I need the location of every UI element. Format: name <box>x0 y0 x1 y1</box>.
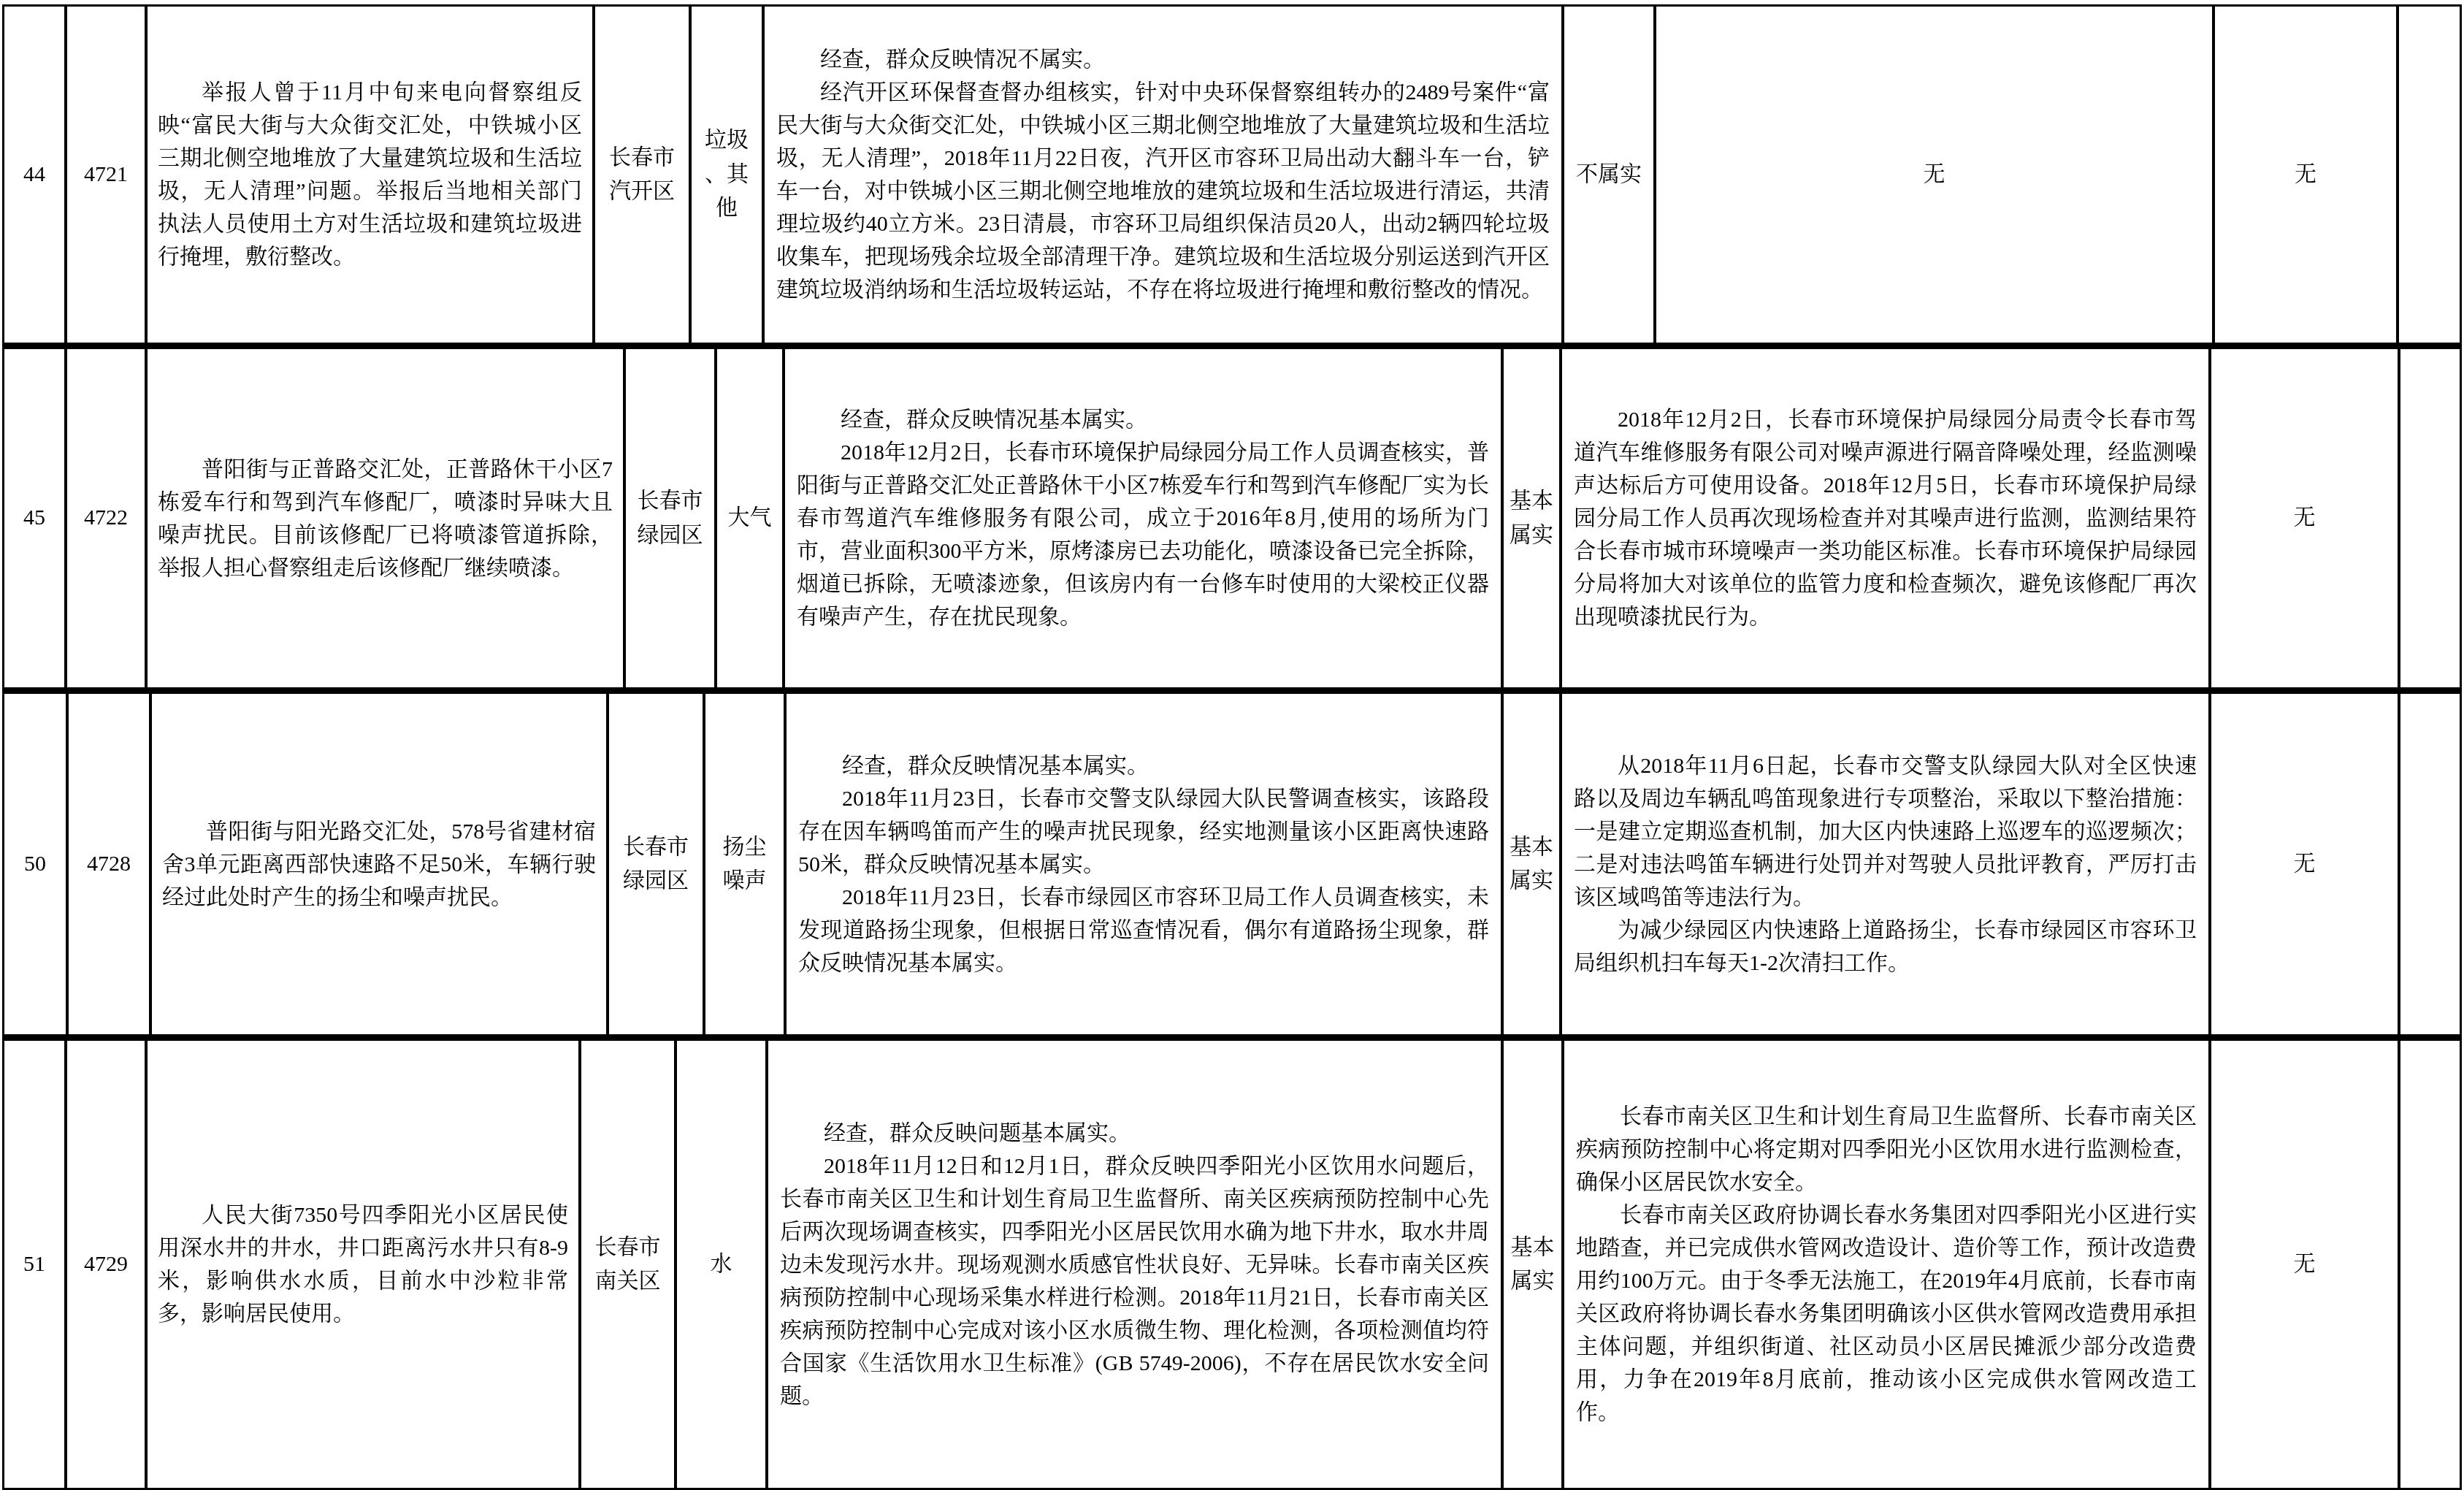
region-label: 长春市 南关区 <box>595 1231 661 1299</box>
complaint-cell: 人民大街7350号四季阳光小区居民使用深水井的井水，井口距离污水井只有8-9米，… <box>145 1041 578 1488</box>
row-separator <box>4 687 2460 694</box>
handling-cell: 长春市南关区卫生和计划生育局卫生监督所、长春市南关区疾病预防控制中心将定期对四季… <box>1561 1041 2208 1488</box>
investigation-cell: 经查，群众反映情况基本属实。 2018年12月2日，长春市环境保护局绿园分局工作… <box>782 349 1501 687</box>
verified-label: 基本 属实 <box>1510 830 1553 898</box>
investigation-cell: 经查，群众反映情况不属实。 经汽开区环保督查督办组核实，针对中央环保督察组转办的… <box>762 7 1561 343</box>
pollution-type-cell: 扬尘 噪声 <box>703 694 784 1034</box>
verified-label: 基本 属实 <box>1511 1231 1555 1299</box>
paragraph: 2018年11月23日，长春市绿园区市容环卫局工作人员调查核实，未发现道路扬尘现… <box>798 881 1489 979</box>
pollution-type-label: 大气 <box>728 501 772 535</box>
paragraph: 为减少绿园区内快速路上道路扬尘，长春市绿园区市容环卫局组织机扫车每天1-2次清扫… <box>1574 914 2197 979</box>
case-no-cell: 4722 <box>64 349 145 687</box>
region-cell: 长春市 绿园区 <box>606 694 703 1034</box>
seq-cell: 45 <box>4 349 64 687</box>
paragraph: 普阳街与阳光路交汇处，578号省建材宿舍3单元距离西部快速路不足50米，车辆行驶… <box>162 815 596 914</box>
paragraph: 长春市南关区卫生和计划生育局卫生监督所、长春市南关区疾病预防控制中心将定期对四季… <box>1576 1100 2197 1199</box>
complaint-cell: 普阳街与正普路交汇处，正普路休干小区7栋爱车行和驾到汽车修配厂，喷漆时异味大且噪… <box>145 349 623 687</box>
seq-cell: 44 <box>4 7 64 343</box>
paragraph: 经查，群众反映情况基本属实。 <box>798 749 1489 782</box>
handling-none-label: 无 <box>1924 158 1945 192</box>
table-row: 44 4721 举报人曾于11月中旬来电向督察组反映“富民大街与大众街交汇处，中… <box>4 7 2460 343</box>
paragraph: 2018年11月12日和12月1日，群众反映四季阳光小区饮用水问题后，长春市南关… <box>780 1150 1489 1413</box>
paragraph: 经查，群众反映情况基本属实。 <box>797 403 1489 436</box>
complaint-cell: 举报人曾于11月中旬来电向督察组反映“富民大街与大众街交汇处，中铁城小区三期北侧… <box>145 7 592 343</box>
region-cell: 长春市 汽开区 <box>592 7 689 343</box>
accountability-cell: 无 <box>2208 1041 2398 1488</box>
verified-cell: 基本 属实 <box>1501 694 1559 1034</box>
region-label: 长春市 汽开区 <box>609 141 675 209</box>
pollution-type-cell: 大气 <box>714 349 782 687</box>
handling-cell: 无 <box>1653 7 2212 343</box>
verified-cell: 基本 属实 <box>1501 349 1559 687</box>
accountability-label: 无 <box>2295 158 2316 192</box>
accountability-cell: 无 <box>2208 349 2398 687</box>
paragraph: 长春市南关区政府协调长春水务集团对四季阳光小区进行实地踏查，并已完成供水管网改造… <box>1576 1199 2197 1429</box>
paragraph: 举报人曾于11月中旬来电向督察组反映“富民大街与大众街交汇处，中铁城小区三期北侧… <box>158 76 582 273</box>
spare-cell <box>2398 1041 2460 1488</box>
region-cell: 长春市 南关区 <box>578 1041 674 1488</box>
table-row: 51 4729 人民大街7350号四季阳光小区居民使用深水井的井水，井口距离污水… <box>4 1041 2460 1488</box>
seq-number: 44 <box>23 158 45 192</box>
region-label: 长春市 绿园区 <box>623 830 689 898</box>
pollution-type-label: 扬尘 噪声 <box>723 830 767 898</box>
paragraph: 2018年11月23日，长春市交警支队绿园大队民警调查核实，该路段存在因车辆鸣笛… <box>798 782 1489 881</box>
case-number: 4729 <box>84 1248 128 1282</box>
complaint-cell: 普阳街与阳光路交汇处，578号省建材宿舍3单元距离西部快速路不足50米，车辆行驶… <box>149 694 606 1034</box>
accountability-label: 无 <box>2294 1248 2316 1282</box>
handling-cell: 2018年12月2日，长春市环境保护局绿园分局责令长春市驾道汽车维修服务有限公司… <box>1559 349 2208 687</box>
pollution-type-label: 水 <box>711 1248 732 1282</box>
seq-number: 50 <box>24 847 46 882</box>
verified-label: 基本 属实 <box>1510 484 1553 552</box>
table-row: 45 4722 普阳街与正普路交汇处，正普路休干小区7栋爱车行和驾到汽车修配厂，… <box>4 349 2460 687</box>
case-no-cell: 4728 <box>66 694 149 1034</box>
paragraph: 2018年12月2日，长春市环境保护局绿园分局责令长春市驾道汽车维修服务有限公司… <box>1574 403 2197 633</box>
paragraph: 人民大街7350号四季阳光小区居民使用深水井的井水，井口距离污水井只有8-9米，… <box>158 1199 568 1330</box>
accountability-cell: 无 <box>2212 7 2396 343</box>
seq-cell: 50 <box>4 694 66 1034</box>
paragraph: 经查，群众反映问题基本属实。 <box>780 1117 1489 1150</box>
spare-cell <box>2396 7 2460 343</box>
spare-cell <box>2398 694 2460 1034</box>
verified-cell: 不属实 <box>1561 7 1653 343</box>
table-row: 50 4728 普阳街与阳光路交汇处，578号省建材宿舍3单元距离西部快速路不足… <box>4 694 2460 1034</box>
spare-cell <box>2398 349 2460 687</box>
accountability-label: 无 <box>2294 847 2316 882</box>
paragraph: 2018年12月2日，长春市环境保护局绿园分局工作人员调查核实，普阳街与正普路交… <box>797 436 1489 633</box>
row-separator <box>4 343 2460 349</box>
case-number: 4722 <box>84 501 128 535</box>
case-number: 4721 <box>84 158 128 192</box>
region-cell: 长春市 绿园区 <box>623 349 714 687</box>
row-separator <box>4 1034 2460 1041</box>
pollution-type-label: 垃圾 、其 他 <box>705 123 749 226</box>
case-no-cell: 4721 <box>64 7 145 343</box>
seq-cell: 51 <box>4 1041 64 1488</box>
paragraph: 从2018年11月6日起，长春市交警支队绿园大队对全区快速路以及周边车辆乱鸣笛现… <box>1574 749 2197 914</box>
verified-label: 不属实 <box>1576 158 1642 192</box>
case-no-cell: 4729 <box>64 1041 145 1488</box>
seq-number: 45 <box>23 501 45 535</box>
paragraph: 经查，群众反映情况不属实。 <box>776 43 1550 76</box>
handling-cell: 从2018年11月6日起，长春市交警支队绿园大队对全区快速路以及周边车辆乱鸣笛现… <box>1559 694 2208 1034</box>
case-number: 4728 <box>87 847 131 882</box>
pollution-type-cell: 水 <box>674 1041 765 1488</box>
accountability-label: 无 <box>2294 501 2316 535</box>
seq-number: 51 <box>23 1248 45 1282</box>
pollution-type-cell: 垃圾 、其 他 <box>689 7 762 343</box>
investigation-cell: 经查，群众反映问题基本属实。 2018年11月12日和12月1日，群众反映四季阳… <box>765 1041 1501 1488</box>
paragraph: 普阳街与正普路交汇处，正普路休干小区7栋爱车行和驾到汽车修配厂，喷漆时异味大且噪… <box>158 453 613 584</box>
inspection-response-table: 44 4721 举报人曾于11月中旬来电向督察组反映“富民大街与大众街交汇处，中… <box>2 4 2462 1490</box>
verified-cell: 基本 属实 <box>1501 1041 1561 1488</box>
investigation-cell: 经查，群众反映情况基本属实。 2018年11月23日，长春市交警支队绿园大队民警… <box>784 694 1501 1034</box>
paragraph: 经汽开区环保督查督办组核实，针对中央环保督察组转办的2489号案件“富民大街与大… <box>776 76 1550 306</box>
region-label: 长春市 绿园区 <box>638 484 703 552</box>
accountability-cell: 无 <box>2208 694 2398 1034</box>
